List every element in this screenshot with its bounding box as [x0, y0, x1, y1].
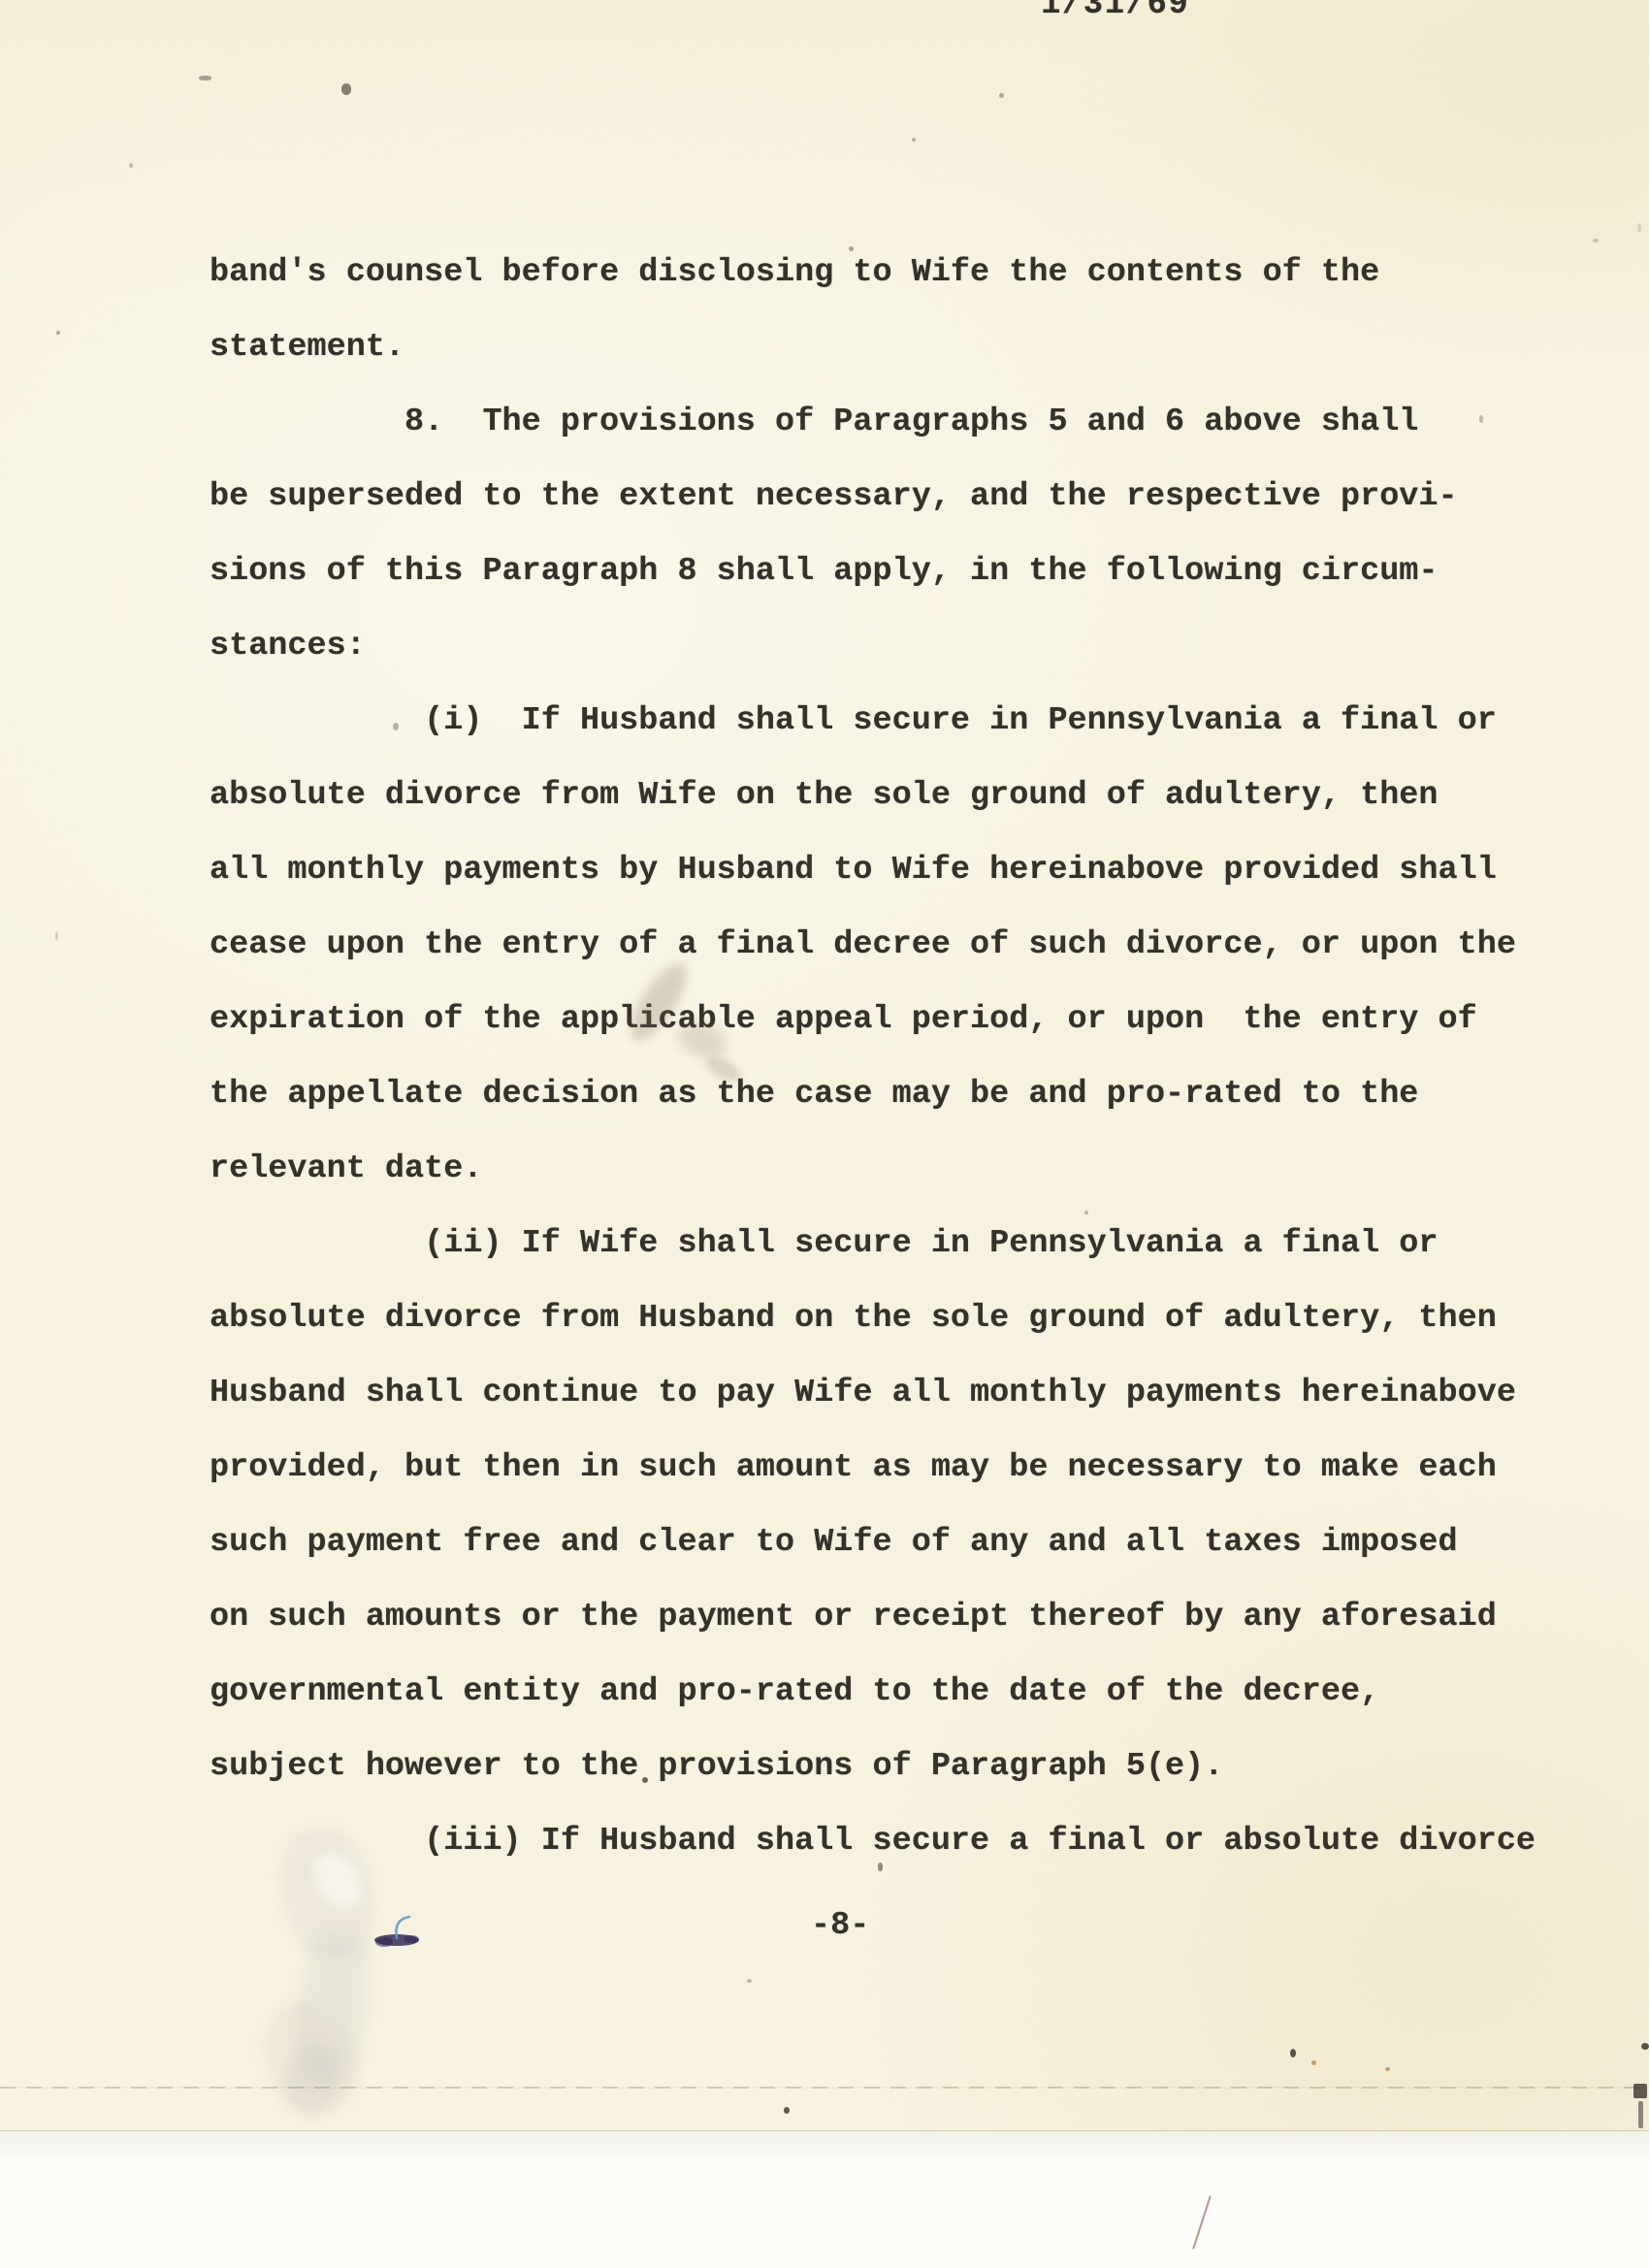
text-line: all monthly payments by Husband to Wife … [210, 833, 1536, 908]
paper-speck [1593, 239, 1599, 243]
paper-speck [1641, 2043, 1649, 2050]
paper-speck [747, 1979, 752, 1983]
text-line: sions of this Paragraph 8 shall apply, i… [210, 535, 1536, 609]
paper-speck [784, 2107, 790, 2114]
blue-ink-mark [361, 1890, 431, 1958]
date-stamp: 1/31/69 [1041, 0, 1189, 24]
paper-speck [199, 76, 211, 81]
text-line: relevant date. [210, 1132, 1536, 1207]
text-line: governmental entity and pro-rated to the… [210, 1655, 1536, 1730]
text-line: Husband shall continue to pay Wife all m… [210, 1356, 1536, 1431]
paper-speck [129, 163, 133, 168]
paper-speck [55, 931, 58, 941]
text-line: (ii) If Wife shall secure in Pennsylvani… [210, 1207, 1536, 1281]
scratch-mark [1192, 2195, 1212, 2250]
scanner-background [0, 2131, 1649, 2268]
text-line: statement. [210, 310, 1536, 385]
text-line: band's counsel before disclosing to Wife… [210, 236, 1536, 310]
text-line: expiration of the applicable appeal peri… [210, 983, 1536, 1057]
paper-speck [341, 83, 351, 95]
document-text: band's counsel before disclosing to Wife… [210, 236, 1536, 1879]
text-line: absolute divorce from Wife on the sole g… [210, 759, 1536, 833]
paper-speck [912, 138, 916, 142]
text-line: such payment free and clear to Wife of a… [210, 1506, 1536, 1580]
scanned-document-page: { "document": { "date_header": "1/31/69"… [0, 0, 1649, 2268]
text-line: on such amounts or the payment or receip… [210, 1580, 1536, 1655]
text-line: be superseded to the extent necessary, a… [210, 460, 1536, 535]
crease-line [0, 2087, 1649, 2089]
edge-mark [1638, 2101, 1643, 2128]
paper-speck [56, 331, 60, 335]
text-line: the appellate decision as the case may b… [210, 1057, 1536, 1132]
text-line: 8. The provisions of Paragraphs 5 and 6 … [210, 385, 1536, 460]
text-line: provided, but then in such amount as may… [210, 1431, 1536, 1506]
text-line: subject however to the provisions of Par… [210, 1730, 1536, 1804]
text-line: cease upon the entry of a final decree o… [210, 908, 1536, 983]
paper-speck [1311, 2060, 1316, 2065]
paper-speck [1637, 223, 1641, 233]
edge-mark [1633, 2084, 1647, 2098]
paper-sheet: 1/31/69 band's counsel before disclosing… [0, 0, 1649, 2131]
text-line: (i) If Husband shall secure in Pennsylva… [210, 684, 1536, 759]
text-line: absolute divorce from Husband on the sol… [210, 1281, 1536, 1356]
paper-speck [999, 93, 1004, 98]
page-number: -8- [811, 1907, 869, 1944]
paper-speck [1385, 2067, 1390, 2071]
paper-speck [1290, 2049, 1296, 2057]
text-line: (iii) If Husband shall secure a final or… [210, 1804, 1536, 1879]
text-line: stances: [210, 609, 1536, 684]
